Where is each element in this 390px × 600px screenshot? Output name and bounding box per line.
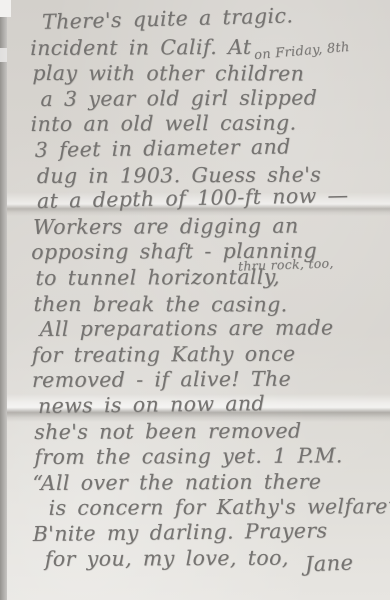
letter-line: 3 feet in diameter and xyxy=(35,133,385,163)
letter-line: for treating Kathy once xyxy=(32,341,386,368)
letter-body: There's quite a tragic. incident in Cali… xyxy=(30,8,387,573)
scanned-letter: There's quite a tragic. incident in Cali… xyxy=(0,0,390,600)
letter-line-text: for you, my love, too, xyxy=(45,546,289,571)
letter-line: then break the casing. xyxy=(34,292,386,318)
scan-corner-notch xyxy=(0,0,11,17)
letter-line: news is on now and xyxy=(38,390,386,420)
letter-line: There's quite a tragic. xyxy=(42,1,385,36)
letter-paper: There's quite a tragic. incident in Cali… xyxy=(6,0,390,600)
scan-edge-strip xyxy=(0,0,7,600)
scan-edge-mark xyxy=(0,48,7,62)
letter-line: B'nite my darling. Prayers xyxy=(33,518,387,548)
letter-line: at a depth of 100-ft now — xyxy=(37,182,385,214)
letter-line: she's not been removed xyxy=(34,418,386,445)
letter-line: All preparations are made xyxy=(40,315,386,342)
letter-line: “All over the nation there xyxy=(32,469,386,496)
letter-line: play with other children xyxy=(32,61,384,87)
letter-line: from the casing yet. 1 P.M. xyxy=(34,443,386,470)
letter-line: for you, my love, too,Jane xyxy=(45,546,387,573)
letter-line: Workers are digging an xyxy=(33,213,385,240)
signature: Jane xyxy=(304,551,353,579)
letter-line: a 3 year old girl slipped xyxy=(40,85,384,112)
